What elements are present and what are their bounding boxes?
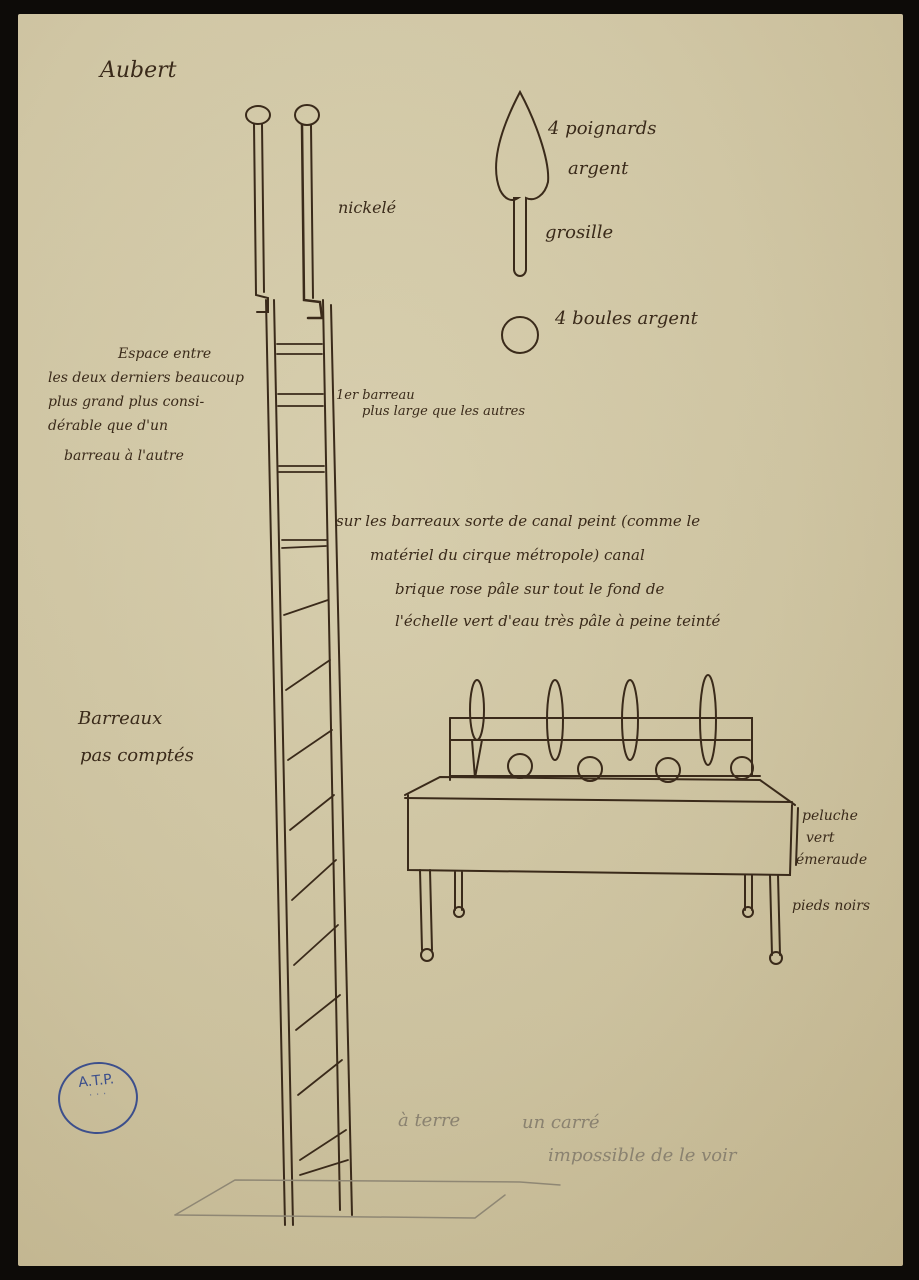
ball-sketch: [502, 317, 538, 353]
rungs-count-2: pas comptés: [80, 745, 194, 767]
spacing-note-5: barreau à l'autre: [64, 448, 184, 465]
spacing-note-3: plus grand plus consi-: [48, 394, 204, 411]
floor-note-2: un carré: [522, 1112, 600, 1134]
ladder-hook-right: [295, 105, 322, 318]
cloth-note-2: vert: [806, 830, 835, 847]
floor-note-3: impossible de le voir: [548, 1145, 736, 1167]
table-sketch: [405, 675, 795, 964]
ball-note: 4 boules argent: [555, 308, 698, 330]
spacing-note-2: les deux derniers beaucoup: [48, 370, 244, 387]
sword-note-2: argent: [568, 158, 628, 180]
spacing-note-1: Espace entre: [118, 346, 211, 363]
floor-note-1: à terre: [398, 1110, 460, 1132]
floor-square-pencil: [175, 1180, 560, 1218]
first-rung-note-1: 1er barreau: [336, 388, 415, 404]
ink-drawing: [0, 0, 919, 1280]
spacing-note-4: dérable que d'un: [48, 418, 168, 435]
ladder-top-note: nickelé: [338, 198, 396, 217]
cloth-note-1: peluche: [802, 808, 858, 825]
rungs-note-2: matériel du cirque métropole) canal: [370, 546, 645, 564]
sword-sketch: [496, 92, 548, 276]
ladder-hook-left: [246, 106, 270, 312]
feet-note: pieds noirs: [792, 898, 870, 915]
sword-note-3: grosille: [545, 222, 613, 244]
rungs-note-1: sur les barreaux sorte de canal peint (c…: [336, 512, 700, 530]
first-rung-note-2: plus large que les autres: [362, 404, 525, 420]
rungs-count-1: Barreaux: [78, 708, 162, 730]
rungs-note-4: l'échelle vert d'eau très pâle à peine t…: [395, 612, 720, 630]
cloth-note-3: émeraude: [796, 852, 867, 869]
rungs-note-3: brique rose pâle sur tout le fond de: [395, 580, 664, 598]
sword-note-1: 4 poignards: [548, 118, 657, 140]
title-aubert: Aubert: [100, 58, 177, 84]
